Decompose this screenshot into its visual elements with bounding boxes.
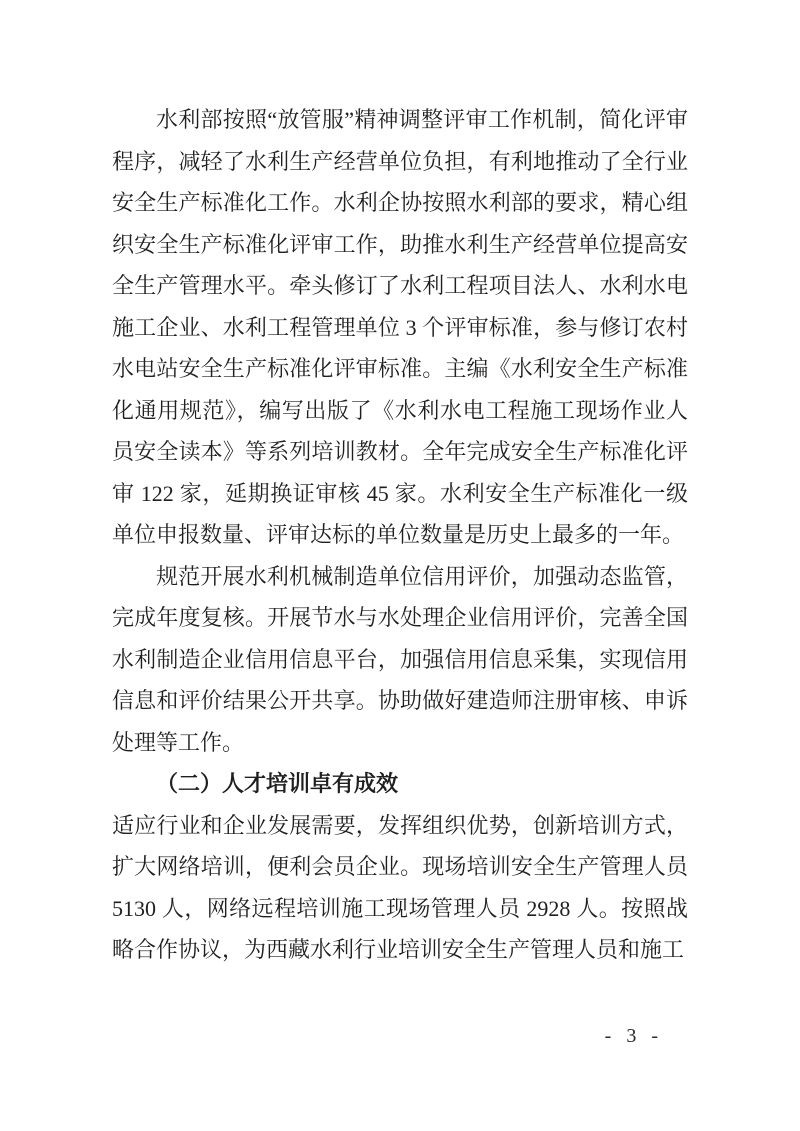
paragraph: 适应行业和企业发展需要，发挥组织优势，创新培训方式，扩大网络培训，便利会员企业。… bbox=[112, 805, 688, 971]
paragraph: 规范开展水利机械制造单位信用评价，加强动态监管，完成年度复核。开展节水与水处理企… bbox=[112, 556, 688, 764]
paragraph: 水利部按照“放管服”精神调整评审工作机制，简化评审程序，减轻了水利生产经营单位负… bbox=[112, 99, 688, 556]
document-page: 水利部按照“放管服”精神调整评审工作机制，简化评审程序，减轻了水利生产经营单位负… bbox=[0, 0, 800, 1131]
section-heading: （二）人才培训卓有成效 bbox=[112, 763, 688, 805]
page-number: - 3 - bbox=[605, 1022, 660, 1050]
document-body: 水利部按照“放管服”精神调整评审工作机制，简化评审程序，减轻了水利生产经营单位负… bbox=[112, 99, 688, 971]
